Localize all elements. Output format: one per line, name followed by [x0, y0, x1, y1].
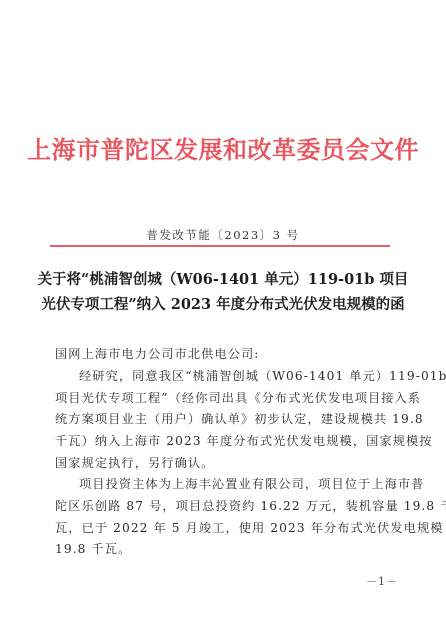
- document-number: 普发改节能〔2023〕3 号: [0, 227, 446, 243]
- body-paragraph-1-line-4: 千瓦）纳入上海市 2023 年度分布式光伏发电规模，国家规模按: [55, 433, 393, 449]
- recipient-line: 国网上海市电力公司市北供电公司:: [55, 346, 393, 362]
- body-paragraph-1-line-2: 项目光伏专项工程”（经你司出具《分布式光伏发电项目接入系: [55, 390, 393, 406]
- issuer-header: 上海市普陀区发展和改革委员会文件: [0, 134, 446, 166]
- document-page: 上海市普陀区发展和改革委员会文件 普发改节能〔2023〕3 号 关于将“桃浦智创…: [0, 0, 446, 632]
- body-paragraph-1-line-1: 经研究，同意我区“桃浦智创城（W06-1401 单元）119-01b: [79, 368, 393, 384]
- body-paragraph-1-line-5: 国家规定执行，另行确认。: [55, 455, 393, 471]
- body-paragraph-2-line-4: 19.8 千瓦。: [55, 541, 393, 557]
- page-number: －1－: [366, 575, 398, 589]
- body-paragraph-2-line-1: 项目投资主体为上海丰沁置业有限公司，项目位于上海市普: [79, 476, 393, 492]
- body-paragraph-1-line-3: 统方案项目业主（用户）确认单》初步认定，建设规模共 19.8: [55, 411, 393, 427]
- body-paragraph-2-line-2: 陀区乐创路 87 号，项目总投资约 16.22 万元，装机容量 19.8 千: [55, 498, 393, 514]
- body-paragraph-2-line-3: 瓦，已于 2022 年 5 月竣工，使用 2023 年分布式光伏发电规模: [55, 520, 393, 536]
- document-title-line-2: 光伏专项工程”纳入 2023 年度分布式光伏发电规模的函: [0, 296, 446, 314]
- red-divider-rule: [50, 245, 390, 247]
- document-title-line-1: 关于将“桃浦智创城（W06-1401 单元）119-01b 项目: [0, 271, 446, 289]
